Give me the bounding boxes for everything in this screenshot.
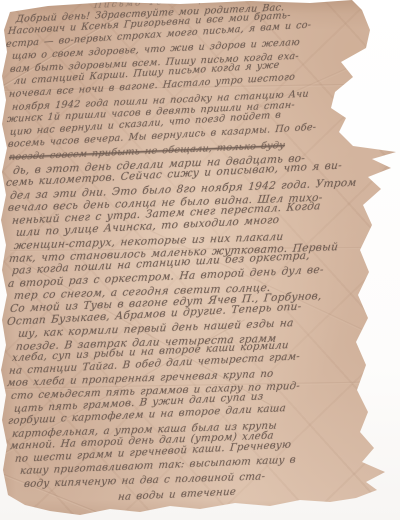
handwriting-line: на воды и втечение [117, 486, 236, 502]
letter-paper: Письмо 1е в дорогеДобрый день! Здравству… [0, 0, 400, 520]
scan-background: Письмо 1е в дорогеДобрый день! Здравству… [0, 0, 400, 520]
letter-text: Письмо 1е в дорогеДобрый день! Здравству… [6, 0, 400, 520]
